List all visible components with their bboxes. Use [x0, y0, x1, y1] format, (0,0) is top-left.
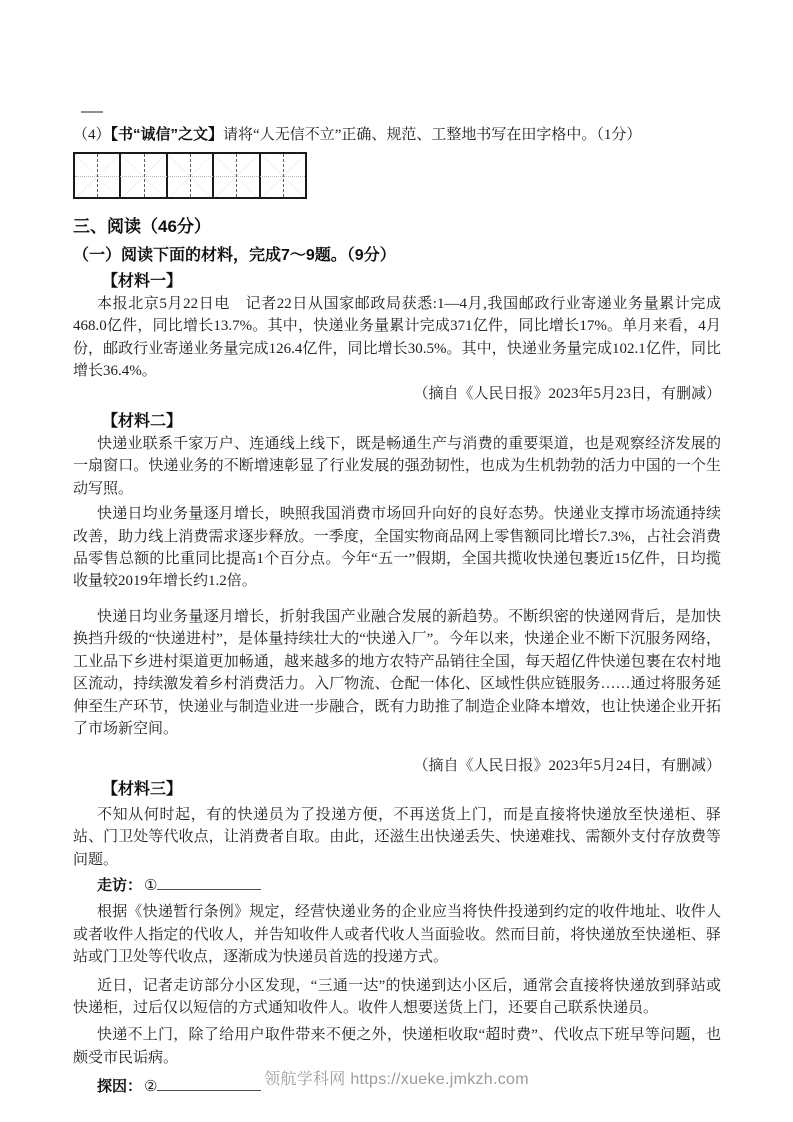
- question-4-number: （4）: [73, 127, 111, 143]
- material-3-paragraph-2: 根据《快递暂行条例》规定，经营快递业务的企业应当将快件投递到约定的收件地址、收件…: [73, 901, 721, 968]
- question-4-prompt: 请将“人无信不立”正确、规范、工整地书写在田字格中。（1分）: [223, 127, 641, 143]
- exam-paper-page: （4）【书“诚信”之文】请将“人无信不立”正确、规范、工整地书写在田字格中。（1…: [0, 0, 793, 1122]
- question-4: （4）【书“诚信”之文】请将“人无信不立”正确、规范、工整地书写在田字格中。（1…: [73, 124, 721, 146]
- section-part-title: （一）阅读下面的材料，完成7～9题。（9分）: [73, 244, 721, 267]
- visit-blank-row: 走访：①: [73, 875, 721, 897]
- section-title: 三、阅读（46分）: [73, 215, 721, 238]
- material-1-source: （摘自《人民日报》2023年5月23日，有删减）: [73, 383, 721, 405]
- page-content: （4）【书“诚信”之文】请将“人无信不立”正确、规范、工整地书写在田字格中。（1…: [73, 0, 721, 1099]
- material-2-paragraph-2: 快递日均业务量逐月增长，映照我国消费市场回升向好的良好态势。快递业支撑市场流通持…: [73, 503, 721, 593]
- stray-dash-mark: [81, 111, 103, 113]
- material-3-paragraph-4: 快递不上门，除了给用户取件带来不便之外，快递柜收取“超时费”、代收点下班早等问题…: [73, 1024, 721, 1069]
- visit-marker: ①: [144, 878, 157, 894]
- material-2-heading: 【材料二】: [73, 411, 721, 433]
- question-4-tag: 【书“诚信”之文】: [111, 126, 224, 143]
- material-2-paragraph-3: 快递日均业务量逐月增长，折射我国产业融合发展的新趋势。不断织密的快递网背后，是加…: [73, 606, 721, 740]
- watermark-footer: 领航学科网 https://xueke.jmkzh.com: [0, 1066, 793, 1089]
- writing-grid[interactable]: [73, 152, 307, 199]
- material-1-heading: 【材料一】: [73, 271, 721, 293]
- visit-label: 走访：: [97, 877, 142, 894]
- material-2-source: （摘自《人民日报》2023年5月24日，有删减）: [73, 755, 721, 777]
- visit-answer-blank[interactable]: [157, 875, 261, 890]
- material-3-paragraph-1: 不知从何时起，有的快递员为了投递方便，不再送货上门，而是直接将快递放至快递柜、驿…: [73, 804, 721, 871]
- material-2-paragraph-1: 快递业联系千家万户、连通线上线下，既是畅通生产与消费的重要渠道，也是观察经济发展…: [73, 433, 721, 500]
- material-3-paragraph-3: 近日，记者走访部分小区发现，“三通一达”的快递到达小区后，通常会直接将快递放到驿…: [73, 975, 721, 1020]
- material-3-heading: 【材料三】: [73, 779, 721, 801]
- material-1-paragraph-1: 本报北京5月22日电 记者22日从国家邮政局获悉:1—4月,我国邮政行业寄递业务…: [73, 293, 721, 383]
